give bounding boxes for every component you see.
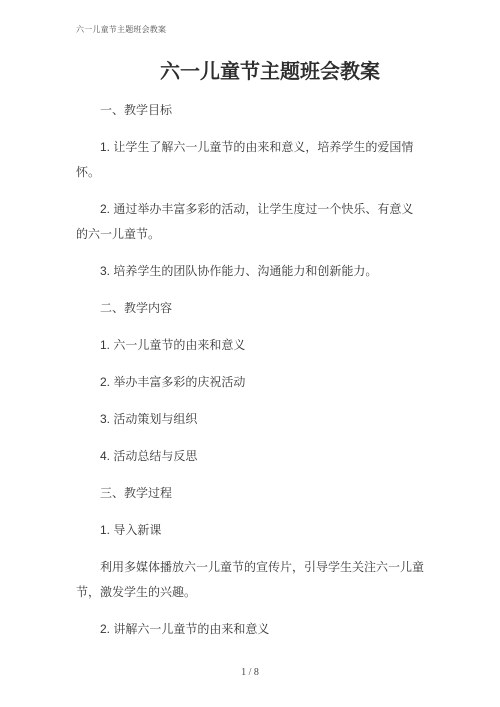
document-page: 六一儿童节主题班会教案 六一儿童节主题班会教案 一、教学目标1. 让学生了解六一… <box>0 0 500 707</box>
document-body: 一、教学目标1. 让学生了解六一儿童节的由来和意义，培养学生的爱国情怀。2. 通… <box>76 98 424 642</box>
paragraph: 4. 活动总结与反思 <box>76 444 424 469</box>
paragraph: 2. 举办丰富多彩的庆祝活动 <box>76 370 424 395</box>
paragraph: 二、教学内容 <box>76 296 424 321</box>
document-header-text: 六一儿童节主题班会教案 <box>76 24 424 36</box>
paragraph: 1. 六一儿童节的由来和意义 <box>76 333 424 358</box>
document-title: 六一儿童节主题班会教案 <box>76 58 424 86</box>
paragraph: 一、教学目标 <box>76 98 424 123</box>
paragraph: 1. 导入新课 <box>76 518 424 543</box>
paragraph: 利用多媒体播放六一儿童节的宣传片，引导学生关注六一儿童节，激发学生的兴趣。 <box>76 555 424 605</box>
paragraph: 三、教学过程 <box>76 481 424 506</box>
paragraph: 2. 通过举办丰富多彩的活动，让学生度过一个快乐、有意义的六一儿童节。 <box>76 197 424 247</box>
paragraph: 2. 讲解六一儿童节的由来和意义 <box>76 617 424 642</box>
paragraph: 3. 活动策划与组织 <box>76 407 424 432</box>
paragraph: 3. 培养学生的团队协作能力、沟通能力和创新能力。 <box>76 259 424 284</box>
page-number-indicator: 1 / 8 <box>0 666 500 679</box>
paragraph: 1. 让学生了解六一儿童节的由来和意义，培养学生的爱国情怀。 <box>76 135 424 185</box>
